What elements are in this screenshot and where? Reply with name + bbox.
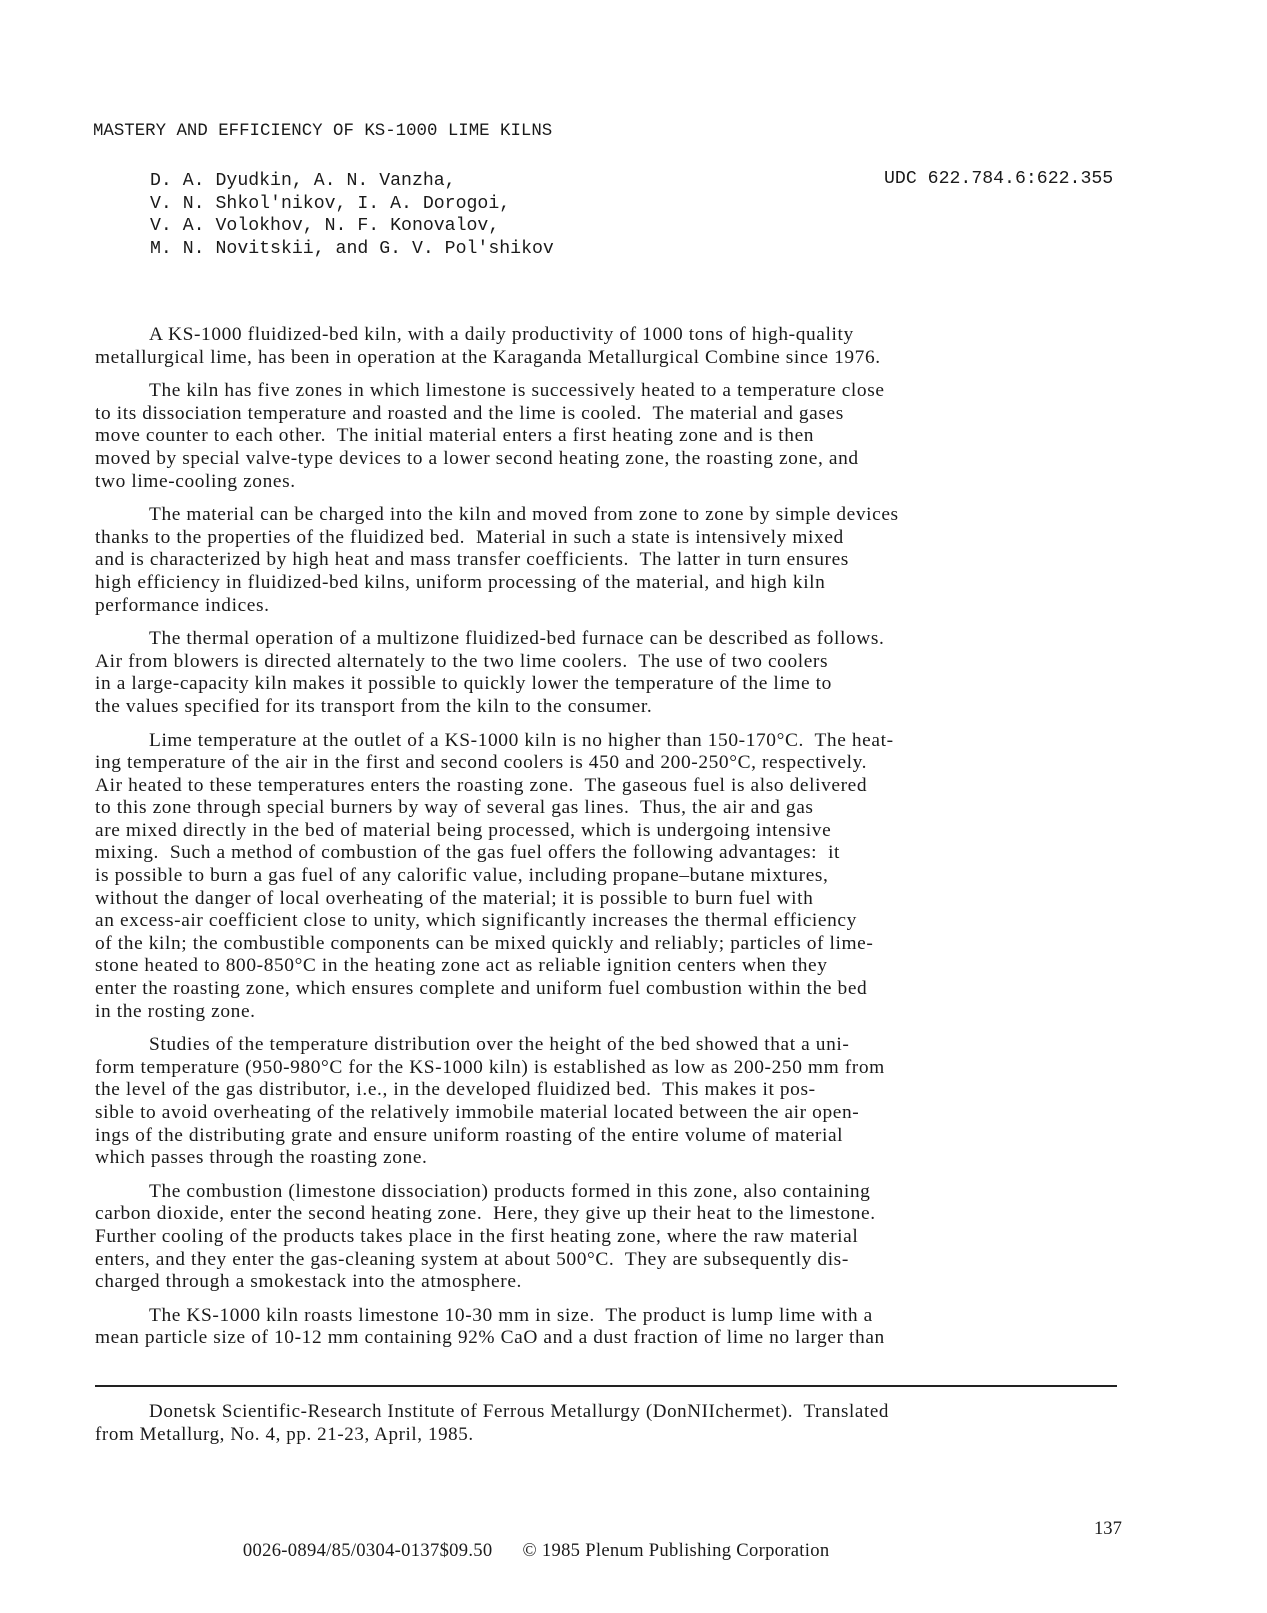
paragraph: Lime temperature at the outlet of a KS-1… xyxy=(95,730,1155,1024)
text-line: Air from blowers is directed alternately… xyxy=(95,651,1155,674)
text-line: in a large-capacity kiln makes it possib… xyxy=(95,673,1155,696)
text-line: The kiln has five zones in which limesto… xyxy=(95,380,1155,403)
article-title: MASTERY AND EFFICIENCY OF KS-1000 LIME K… xyxy=(93,122,552,141)
text-line: enters, and they enter the gas-cleaning … xyxy=(95,1249,1155,1272)
text-line: sible to avoid overheating of the relati… xyxy=(95,1102,1155,1125)
paragraph: Studies of the temperature distribution … xyxy=(95,1034,1155,1170)
text-line: The KS-1000 kiln roasts limestone 10-30 … xyxy=(95,1305,1155,1328)
page-footer: 0026-0894/85/0304-0137$09.50© 1985 Plenu… xyxy=(233,1518,829,1562)
text-line: two lime-cooling zones. xyxy=(95,471,1155,494)
text-line: charged through a smokestack into the at… xyxy=(95,1271,1155,1294)
text-line: Air heated to these temperatures enters … xyxy=(95,775,1155,798)
text-line: Lime temperature at the outlet of a KS-1… xyxy=(95,730,1155,753)
text-line: move counter to each other. The initial … xyxy=(95,425,1155,448)
text-line: The combustion (limestone dissociation) … xyxy=(95,1181,1155,1204)
text-line: Studies of the temperature distribution … xyxy=(95,1034,1155,1057)
footnote-line: from Metallurg, No. 4, pp. 21-23, April,… xyxy=(95,1424,889,1447)
issn-code: 0026-0894/85/0304-0137$09.50 xyxy=(243,1540,493,1562)
text-line: to its dissociation temperature and roas… xyxy=(95,403,1155,426)
text-line: enter the roasting zone, which ensures c… xyxy=(95,978,1155,1001)
author-line: V. N. Shkol'nikov, I. A. Dorogoi, xyxy=(150,193,554,216)
text-line: to this zone through special burners by … xyxy=(95,797,1155,820)
text-line: carbon dioxide, enter the second heating… xyxy=(95,1203,1155,1226)
text-line: performance indices. xyxy=(95,595,1155,618)
text-line: and is characterized by high heat and ma… xyxy=(95,549,1155,572)
footnote: Donetsk Scientific-Research Institute of… xyxy=(95,1401,889,1446)
text-line: mean particle size of 10-12 mm containin… xyxy=(95,1327,1155,1350)
text-line: the level of the gas distributor, i.e., … xyxy=(95,1079,1155,1102)
text-line: mixing. Such a method of combustion of t… xyxy=(95,842,1155,865)
text-line: ings of the distributing grate and ensur… xyxy=(95,1125,1155,1148)
text-line: thanks to the properties of the fluidize… xyxy=(95,527,1155,550)
copyright-notice: © 1985 Plenum Publishing Corporation xyxy=(523,1540,830,1562)
text-line: stone heated to 800-850°C in the heating… xyxy=(95,955,1155,978)
paragraph: The thermal operation of a multizone flu… xyxy=(95,628,1155,718)
paragraph: The combustion (limestone dissociation) … xyxy=(95,1181,1155,1294)
footnote-line: Donetsk Scientific-Research Institute of… xyxy=(95,1401,889,1424)
paragraph: The KS-1000 kiln roasts limestone 10-30 … xyxy=(95,1305,1155,1350)
paragraph: The material can be charged into the kil… xyxy=(95,504,1155,617)
article-body: A KS-1000 fluidized-bed kiln, with a dai… xyxy=(95,324,1155,1361)
author-line: M. N. Novitskii, and G. V. Pol'shikov xyxy=(150,238,554,261)
text-line: in the rosting zone. xyxy=(95,1001,1155,1024)
udc-classification: UDC 622.784.6:622.355 xyxy=(884,169,1113,189)
text-line: of the kiln; the combustible components … xyxy=(95,933,1155,956)
paragraph: A KS-1000 fluidized-bed kiln, with a dai… xyxy=(95,324,1155,369)
text-line: The thermal operation of a multizone flu… xyxy=(95,628,1155,651)
paragraph: The kiln has five zones in which limesto… xyxy=(95,380,1155,493)
text-line: high efficiency in fluidized-bed kilns, … xyxy=(95,572,1155,595)
text-line: moved by special valve-type devices to a… xyxy=(95,448,1155,471)
text-line: an excess-air coefficient close to unity… xyxy=(95,910,1155,933)
text-line: A KS-1000 fluidized-bed kiln, with a dai… xyxy=(95,324,1155,347)
text-line: without the danger of local overheating … xyxy=(95,888,1155,911)
text-line: which passes through the roasting zone. xyxy=(95,1147,1155,1170)
author-line: D. A. Dyudkin, A. N. Vanzha, xyxy=(150,170,554,193)
text-line: ing temperature of the air in the first … xyxy=(95,752,1155,775)
text-line: is possible to burn a gas fuel of any ca… xyxy=(95,865,1155,888)
author-line: V. A. Volokhov, N. F. Konovalov, xyxy=(150,215,554,238)
author-list: D. A. Dyudkin, A. N. Vanzha, V. N. Shkol… xyxy=(150,170,554,260)
text-line: Further cooling of the products takes pl… xyxy=(95,1226,1155,1249)
footnote-divider xyxy=(95,1385,1117,1387)
text-line: are mixed directly in the bed of materia… xyxy=(95,820,1155,843)
text-line: metallurgical lime, has been in operatio… xyxy=(95,347,1155,370)
text-line: form temperature (950-980°C for the KS-1… xyxy=(95,1057,1155,1080)
text-line: the values specified for its transport f… xyxy=(95,696,1155,719)
text-line: The material can be charged into the kil… xyxy=(95,504,1155,527)
page-number: 137 xyxy=(1094,1518,1122,1540)
